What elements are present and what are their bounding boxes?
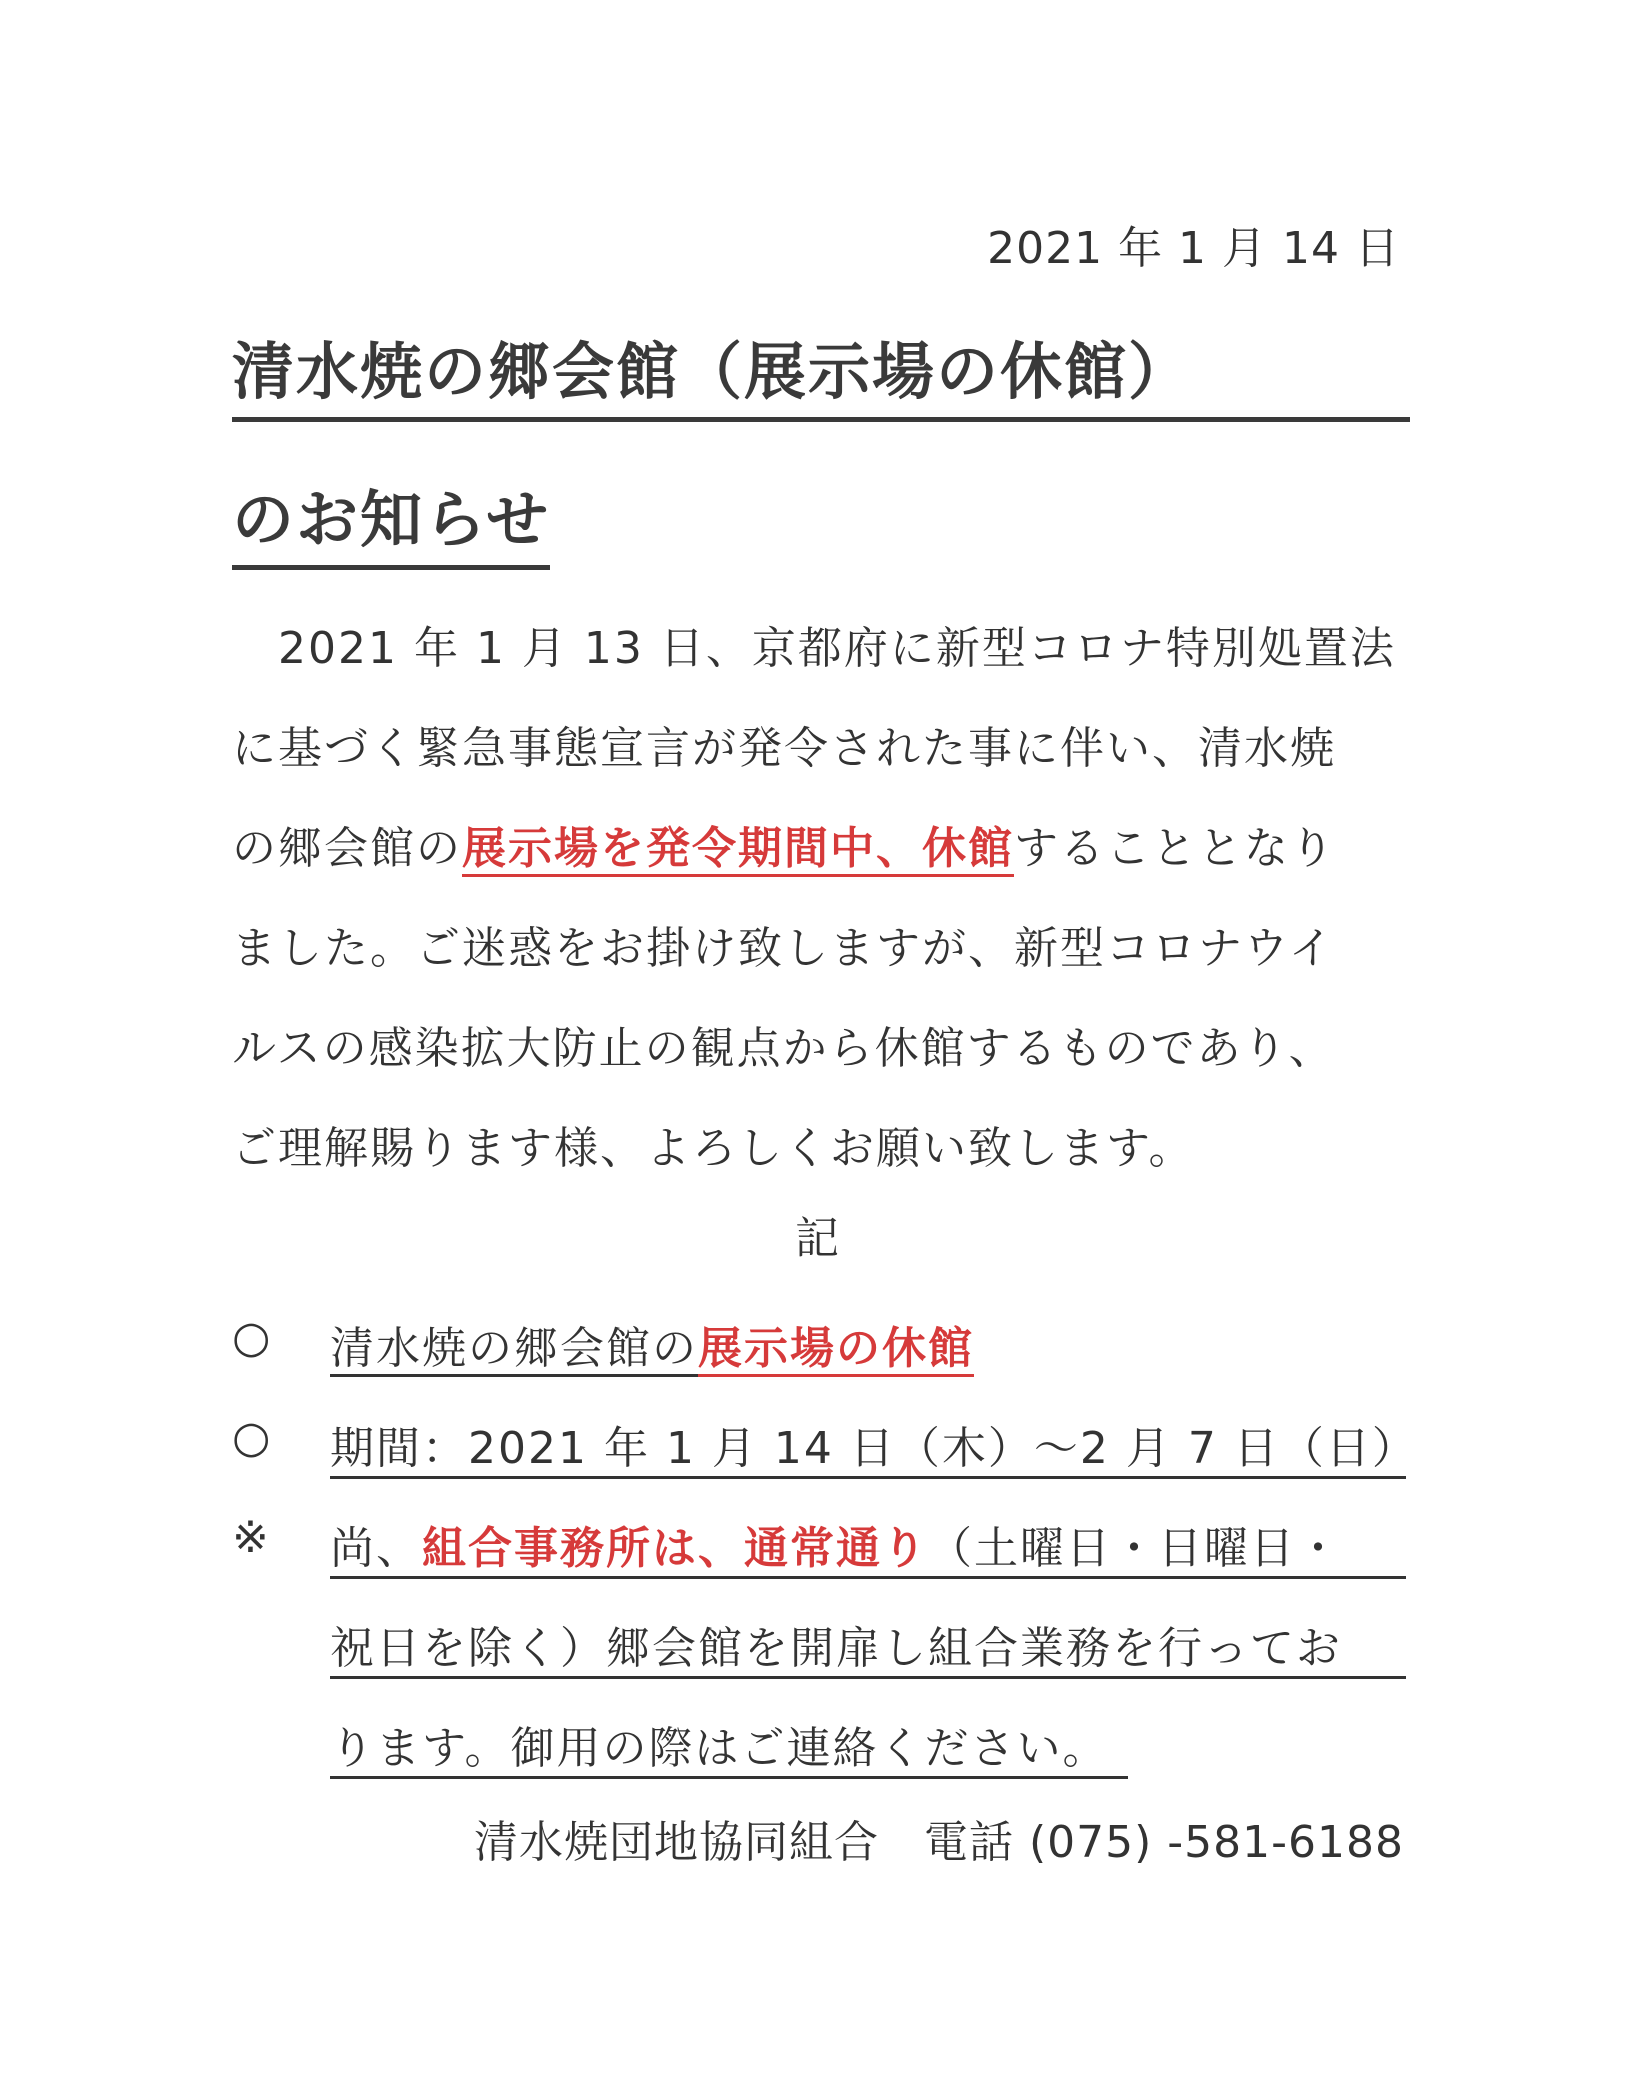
circle-bullet-icon: ○ [232,1412,270,1463]
ki-heading: 記 [795,1202,839,1266]
body-line-3-pre: の郷会館の [232,823,462,874]
note-office-open: 組合事務所は、通常通り [422,1523,928,1574]
body-line-3-post: することとなり [1014,823,1336,874]
document-title-line1: 清水焼の郷会館（展示場の休館） [232,322,1410,422]
phone-number: (075) -581-6188 [1029,1817,1404,1868]
document-title-line2: のお知らせ [232,470,550,570]
note-prefix: 尚、 [330,1523,422,1574]
phone-label: 電話 [924,1817,1014,1868]
item-closure-pre: 清水焼の郷会館の [330,1323,698,1377]
body-line-6: ご理解賜ります様、よろしくお願い致します。 [232,1112,1194,1176]
note-line-2: 祝日を除く）郷会館を開扉し組合業務を行ってお [330,1612,1406,1679]
note-line-3: ります。御用の際はご連絡ください。 [330,1712,1128,1779]
circle-bullet-icon: ○ [232,1312,270,1363]
note-line-1: 尚、組合事務所は、通常通り（土曜日・日曜日・ [330,1512,1406,1579]
footer-contact: 清水焼団地協同組合 電話 (075) -581-6188 [474,1806,1404,1870]
body-line-4: ました。ご迷惑をお掛け致しますが、新型コロナウイ [232,912,1335,976]
document-date: 2021 年 1 月 14 日 [987,212,1400,276]
org-name: 清水焼団地協同組合 [474,1817,879,1868]
reference-mark-icon: ※ [232,1512,269,1563]
body-line-1: 2021 年 1 月 13 日、京都府に新型コロナ特別処置法 [232,612,1396,676]
item-closure: 清水焼の郷会館の展示場の休館 [330,1312,974,1376]
closure-highlight: 展示場を発令期間中、休館 [462,823,1014,877]
item-period: 期間：2021 年 1 月 14 日（木）～2 月 7 日（日） [330,1412,1406,1479]
body-line-5: ルスの感染拡大防止の観点から休館するものであり、 [232,1012,1335,1076]
body-line-3: の郷会館の展示場を発令期間中、休館することとなり [232,812,1336,876]
body-line-2: に基づく緊急事態宣言が発令された事に伴い、清水焼 [232,712,1336,776]
item-closure-red: 展示場の休館 [698,1323,974,1377]
note-line-1-rest: （土曜日・日曜日・ [928,1523,1342,1574]
